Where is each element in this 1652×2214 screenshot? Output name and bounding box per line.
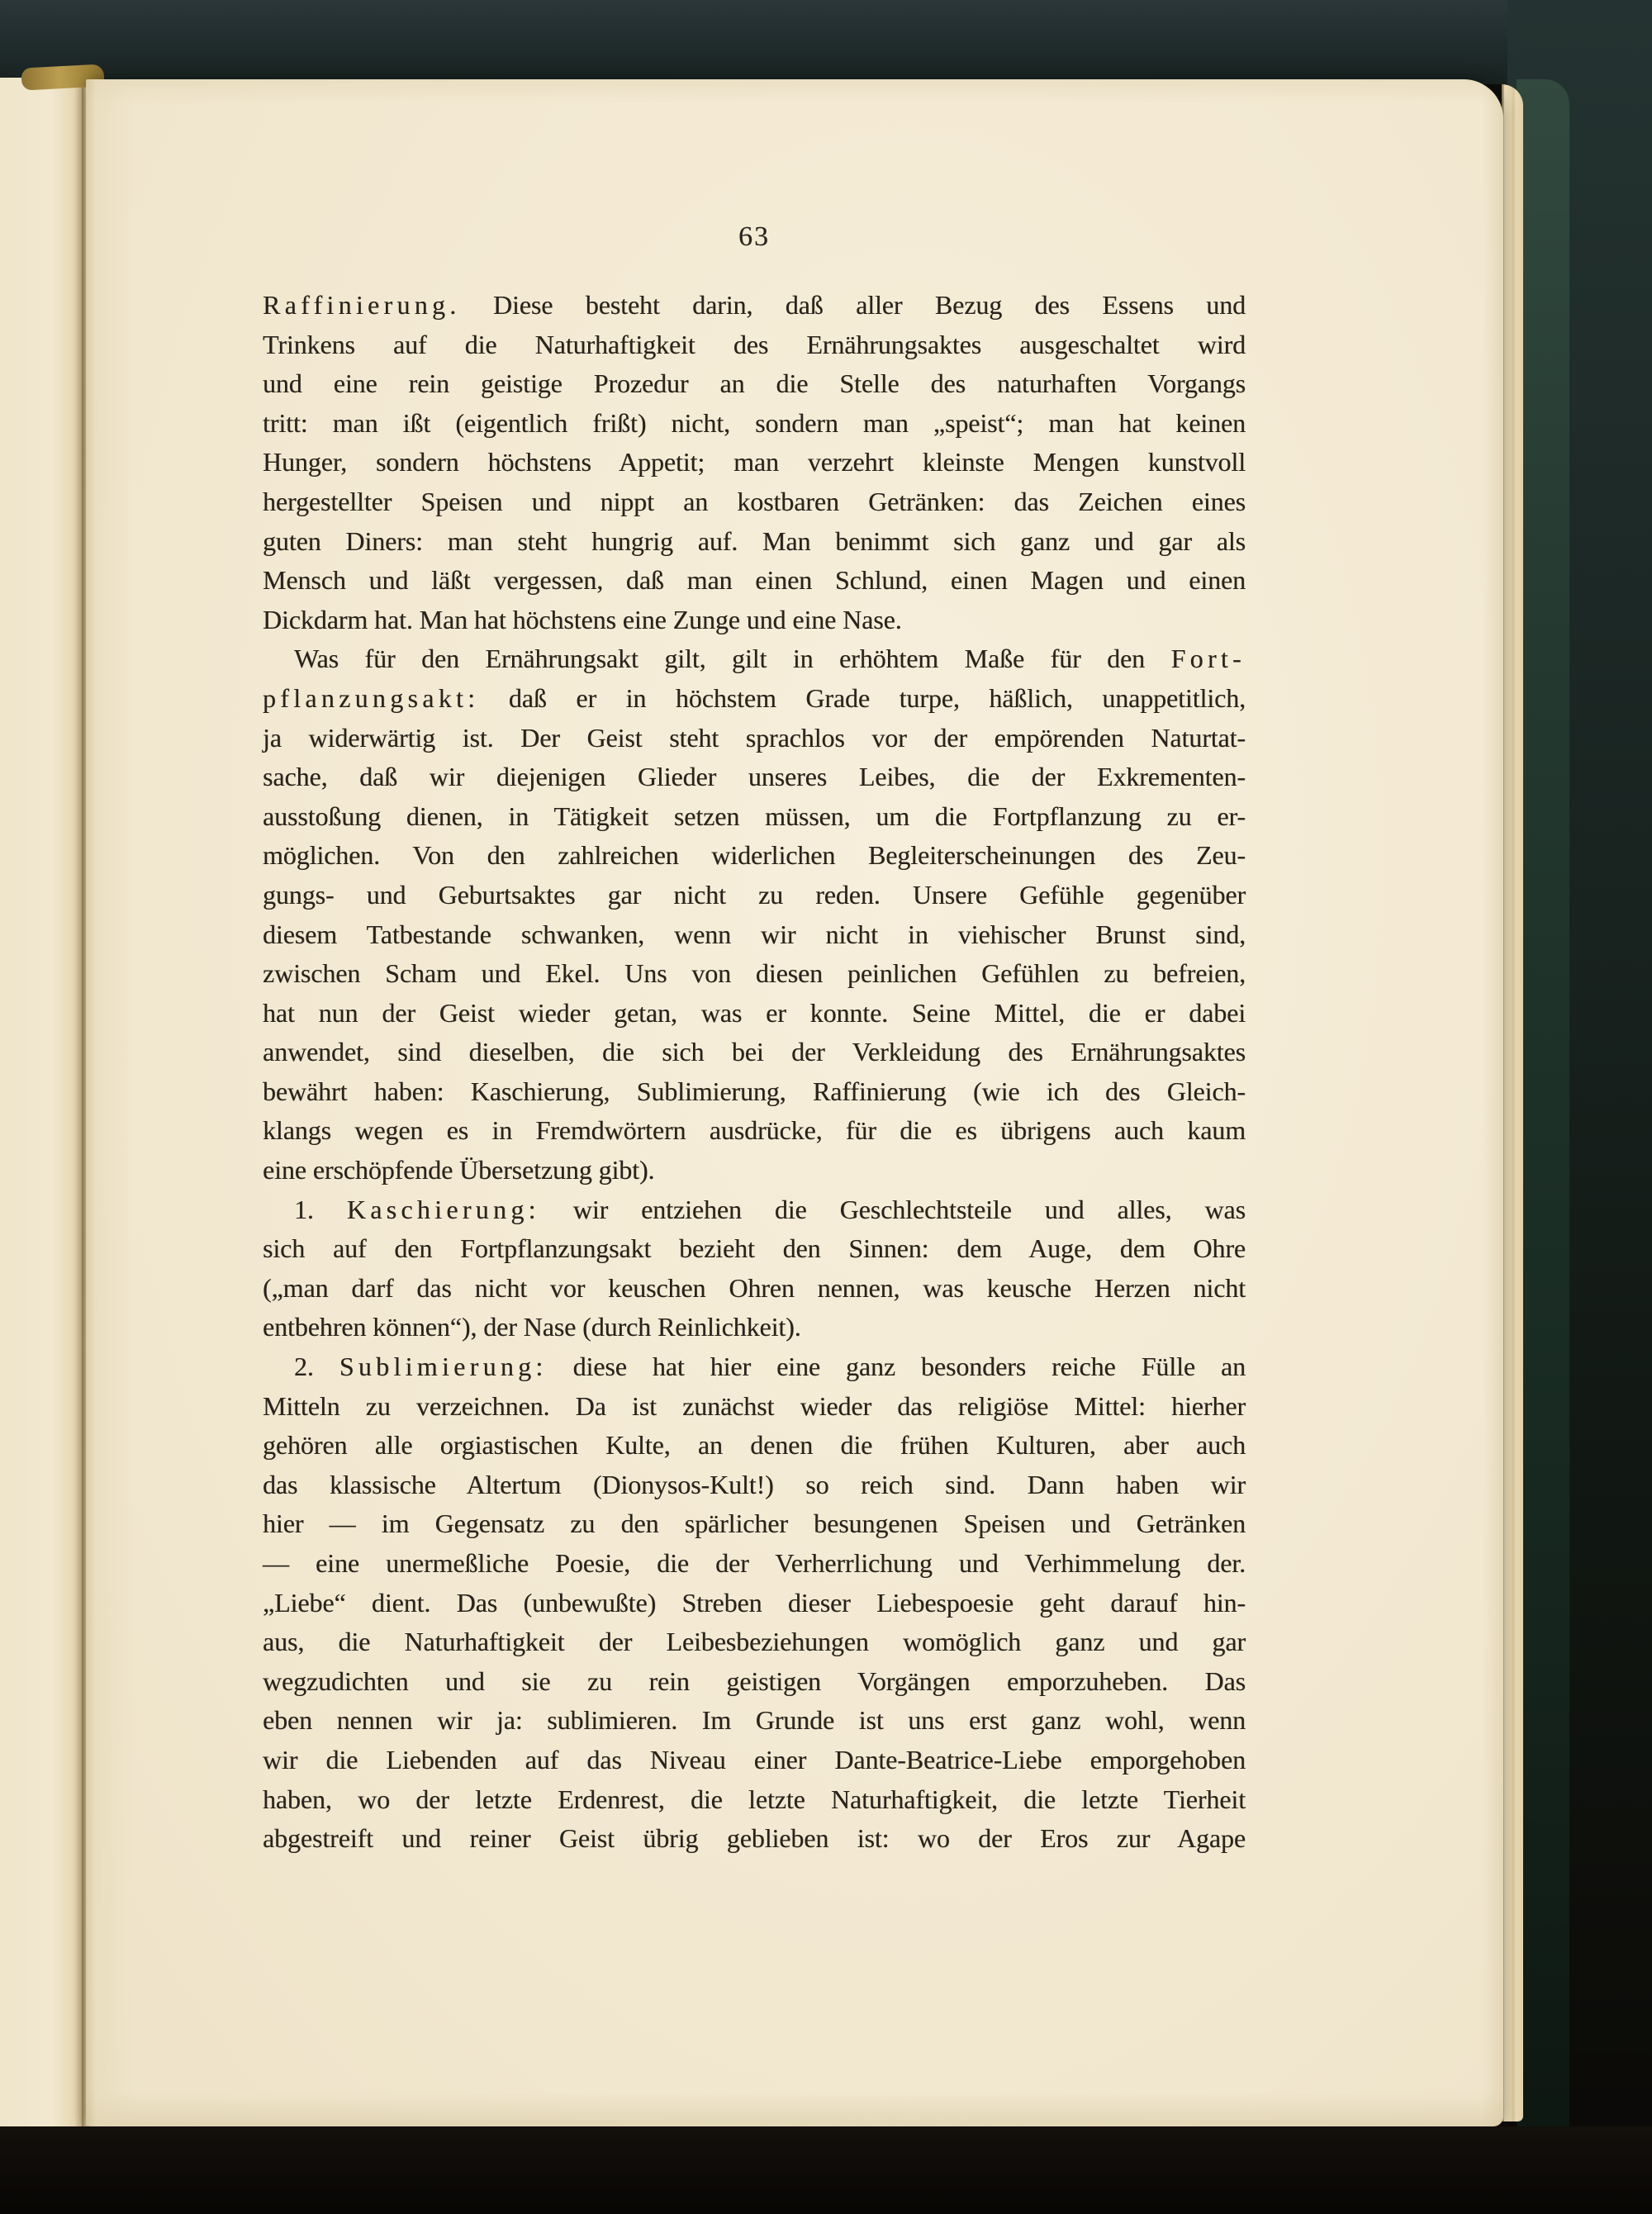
text-line: 2. Sublimierung: diese hat hier eine gan… — [263, 1347, 1246, 1387]
text-segment: abgestreift und reiner Geist übrig gebli… — [263, 1823, 1246, 1853]
text-segment: anwendet, sind dieselben, die sich bei d… — [263, 1037, 1246, 1067]
text-line: wir die Liebenden auf das Niveau einer D… — [263, 1741, 1246, 1780]
book-page: 63 Raffinierung. Diese besteht darin, da… — [86, 79, 1503, 2126]
letterspaced-text: Sublimierung: — [339, 1352, 548, 1381]
text-line: Mitteln zu verzeichnen. Da ist zunächst … — [263, 1387, 1246, 1427]
text-line: tritt: man ißt (eigentlich frißt) nicht,… — [263, 404, 1246, 444]
text-line: Hunger, sondern höchstens Appetit; man v… — [263, 443, 1246, 482]
text-segment: hergestellter Speisen und nippt an kostb… — [263, 487, 1246, 516]
text-segment: Was für den Ernährungsakt gilt, gilt in … — [294, 644, 1171, 673]
text-line: sich auf den Fortpflanzungsakt bezieht d… — [263, 1229, 1246, 1269]
text-line: eben nennen wir ja: sublimieren. Im Grun… — [263, 1701, 1246, 1741]
text-segment: Trinkens auf die Naturhaftigkeit des Ern… — [263, 330, 1246, 359]
text-line: „Liebe“ dient. Das (unbewußte) Streben d… — [263, 1584, 1246, 1623]
text-line: diesem Tatbestande schwanken, wenn wir n… — [263, 915, 1246, 955]
paragraph: 1. Kaschierung: wir entziehen die Geschl… — [263, 1190, 1246, 1347]
text-line: und eine rein geistige Prozedur an die S… — [263, 364, 1246, 404]
text-segment: eben nennen wir ja: sublimieren. Im Grun… — [263, 1705, 1246, 1735]
book-cover-edge — [1517, 79, 1569, 2138]
letterspaced-text: pflanzungsakt: — [263, 683, 479, 713]
text-segment: 2. — [294, 1352, 339, 1381]
page-text: Raffinierung. Diese besteht darin, daß a… — [263, 286, 1246, 1859]
letterspaced-text: Raffinierung. — [263, 290, 461, 320]
background-bottom — [0, 2126, 1652, 2214]
text-line: hier — im Gegensatz zu den spärlicher be… — [263, 1504, 1246, 1544]
text-segment: „Liebe“ dient. Das (unbewußte) Streben d… — [263, 1588, 1246, 1618]
text-segment: tritt: man ißt (eigentlich frißt) nicht,… — [263, 408, 1246, 438]
text-line: Dickdarm hat. Man hat höchstens eine Zun… — [263, 601, 1246, 640]
text-segment: klangs wegen es in Fremdwörtern ausdrück… — [263, 1115, 1246, 1145]
text-segment: hat nun der Geist wieder getan, was er k… — [263, 998, 1246, 1028]
text-line: entbehren können“), der Nase (durch Rein… — [263, 1308, 1246, 1347]
text-segment: Dickdarm hat. Man hat höchstens eine Zun… — [263, 605, 902, 634]
text-line: hat nun der Geist wieder getan, was er k… — [263, 994, 1246, 1033]
text-line: das klassische Altertum (Dionysos-Kult!)… — [263, 1466, 1246, 1505]
paragraph: Was für den Ernährungsakt gilt, gilt in … — [263, 639, 1246, 1190]
text-line: aus, die Naturhaftigkeit der Leibesbezie… — [263, 1622, 1246, 1662]
text-line: gehören alle orgiastischen Kulte, an den… — [263, 1426, 1246, 1466]
text-segment: sich auf den Fortpflanzungsakt bezieht d… — [263, 1233, 1246, 1263]
background-top — [0, 0, 1652, 84]
text-segment: das klassische Altertum (Dionysos-Kult!)… — [263, 1470, 1246, 1499]
text-line: zwischen Scham und Ekel. Uns von diesen … — [263, 954, 1246, 994]
text-line: pflanzungsakt: daß er in höchstem Grade … — [263, 679, 1246, 719]
text-line: klangs wegen es in Fremdwörtern ausdrück… — [263, 1111, 1246, 1151]
text-segment: wir die Liebenden auf das Niveau einer D… — [263, 1745, 1246, 1775]
text-segment: möglichen. Von den zahlreichen widerlich… — [263, 840, 1246, 870]
book-photo: 63 Raffinierung. Diese besteht darin, da… — [0, 0, 1652, 2214]
text-line: anwendet, sind dieselben, die sich bei d… — [263, 1033, 1246, 1072]
text-segment: eine erschöpfende Übersetzung gibt). — [263, 1155, 654, 1185]
text-line: Raffinierung. Diese besteht darin, daß a… — [263, 286, 1246, 325]
text-line: hergestellter Speisen und nippt an kostb… — [263, 482, 1246, 522]
text-segment: diesem Tatbestande schwanken, wenn wir n… — [263, 919, 1246, 949]
facing-page-edge — [0, 78, 83, 2131]
text-segment: gungs- und Geburtsaktes gar nicht zu red… — [263, 880, 1246, 910]
text-line: möglichen. Von den zahlreichen widerlich… — [263, 836, 1246, 876]
text-line: eine erschöpfende Übersetzung gibt). — [263, 1151, 1246, 1190]
text-line: Mensch und läßt vergessen, daß man einen… — [263, 561, 1246, 601]
text-segment: („man darf das nicht vor keuschen Ohren … — [263, 1273, 1246, 1303]
text-segment: Mensch und läßt vergessen, daß man einen… — [263, 565, 1246, 595]
paragraph: 2. Sublimierung: diese hat hier eine gan… — [263, 1347, 1246, 1859]
text-segment: 1. — [294, 1195, 347, 1224]
text-line: haben, wo der letzte Erdenrest, die letz… — [263, 1780, 1246, 1820]
text-segment: diese hat hier eine ganz besonders reich… — [548, 1352, 1246, 1381]
text-segment: ja widerwärtig ist. Der Geist steht spra… — [263, 723, 1246, 753]
paragraph: Raffinierung. Diese besteht darin, daß a… — [263, 286, 1246, 639]
text-line: 1. Kaschierung: wir entziehen die Geschl… — [263, 1190, 1246, 1230]
text-line: ja widerwärtig ist. Der Geist steht spra… — [263, 719, 1246, 758]
text-segment: Hunger, sondern höchstens Appetit; man v… — [263, 447, 1246, 477]
text-segment: wegzudichten und sie zu rein geistigen V… — [263, 1666, 1246, 1696]
text-segment: hier — im Gegensatz zu den spärlicher be… — [263, 1508, 1246, 1538]
text-segment: ausstoßung dienen, in Tätigkeit setzen m… — [263, 801, 1246, 831]
text-line: („man darf das nicht vor keuschen Ohren … — [263, 1269, 1246, 1309]
text-line: wegzudichten und sie zu rein geistigen V… — [263, 1662, 1246, 1702]
text-line: abgestreift und reiner Geist übrig gebli… — [263, 1819, 1246, 1859]
text-segment: zwischen Scham und Ekel. Uns von diesen … — [263, 958, 1246, 988]
text-line: Trinkens auf die Naturhaftigkeit des Ern… — [263, 325, 1246, 365]
text-segment: aus, die Naturhaftigkeit der Leibesbezie… — [263, 1627, 1246, 1656]
page-number: 63 — [263, 221, 1246, 253]
text-segment: guten Diners: man steht hungrig auf. Man… — [263, 526, 1246, 556]
text-segment: Mitteln zu verzeichnen. Da ist zunächst … — [263, 1391, 1246, 1421]
text-line: guten Diners: man steht hungrig auf. Man… — [263, 522, 1246, 562]
text-line: Was für den Ernährungsakt gilt, gilt in … — [263, 639, 1246, 679]
letterspaced-text: Kaschierung: — [347, 1195, 540, 1224]
letterspaced-text: Fort- — [1171, 644, 1246, 673]
text-line: — eine unermeßliche Poesie, die der Verh… — [263, 1544, 1246, 1584]
text-segment: entbehren können“), der Nase (durch Rein… — [263, 1312, 801, 1342]
text-segment: Diese besteht darin, daß aller Bezug des… — [461, 290, 1246, 320]
text-segment: — eine unermeßliche Poesie, die der Verh… — [263, 1548, 1246, 1578]
text-segment: gehören alle orgiastischen Kulte, an den… — [263, 1430, 1246, 1460]
text-line: gungs- und Geburtsaktes gar nicht zu red… — [263, 876, 1246, 915]
text-segment: daß er in höchstem Grade turpe, häßlich,… — [479, 683, 1246, 713]
text-line: bewährt haben: Kaschierung, Sublimierung… — [263, 1072, 1246, 1112]
text-segment: sache, daß wir diejenigen Glieder unsere… — [263, 762, 1246, 791]
page-stack-edge — [1502, 84, 1523, 2121]
text-segment: haben, wo der letzte Erdenrest, die letz… — [263, 1784, 1246, 1814]
text-line: sache, daß wir diejenigen Glieder unsere… — [263, 758, 1246, 797]
text-segment: wir entziehen die Geschlechtsteile und a… — [540, 1195, 1246, 1224]
text-segment: bewährt haben: Kaschierung, Sublimierung… — [263, 1076, 1246, 1106]
text-line: ausstoßung dienen, in Tätigkeit setzen m… — [263, 797, 1246, 837]
text-segment: und eine rein geistige Prozedur an die S… — [263, 368, 1246, 398]
